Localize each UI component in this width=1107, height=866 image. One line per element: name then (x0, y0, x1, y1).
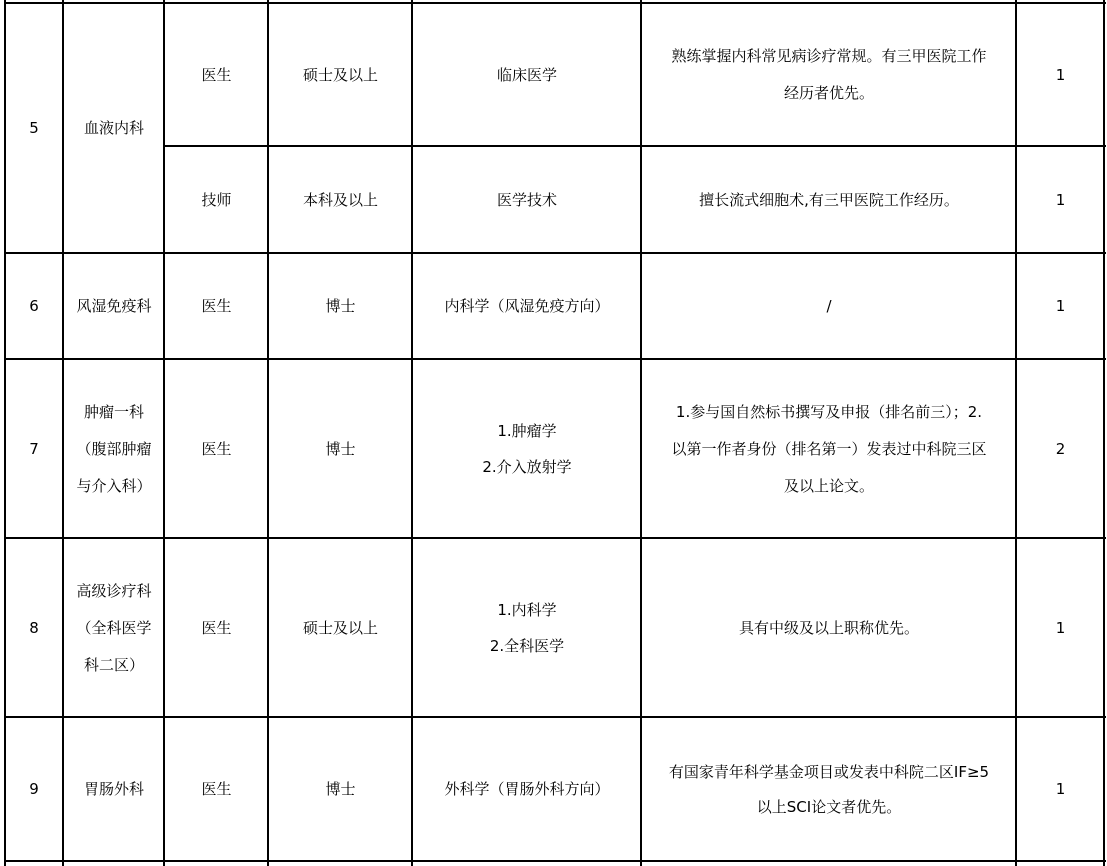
row-number: 8 (5, 539, 63, 717)
major: 医学技术 (413, 147, 641, 253)
education: 博士 (269, 254, 412, 359)
education: 博士 (269, 360, 412, 538)
major: 内科学（风湿免疫方向） (413, 254, 641, 359)
department: 血液内科 (64, 4, 164, 253)
post: 医生 (165, 4, 268, 146)
education: 硕士及以上 (269, 539, 412, 717)
major: 1.内科学2.全科医学 (413, 539, 641, 717)
requirements: 擅长流式细胞术,有三甲医院工作经历。 (642, 147, 1016, 253)
row-number: 7 (5, 360, 63, 538)
headcount: 1 (1017, 718, 1104, 861)
headcount: 1 (1017, 4, 1104, 146)
post: 医生 (165, 539, 268, 717)
row-number: 9 (5, 718, 63, 861)
department: 胃肠外科 (64, 718, 164, 861)
post: 医生 (165, 360, 268, 538)
row-number: 6 (5, 254, 63, 359)
education: 硕士及以上 (269, 4, 412, 146)
major: 1.肿瘤学2.介入放射学 (413, 360, 641, 538)
post: 技师 (165, 147, 268, 253)
major: 临床医学 (413, 4, 641, 146)
department: 风湿免疫科 (64, 254, 164, 359)
education: 本科及以上 (269, 147, 412, 253)
headcount: 2 (1017, 360, 1104, 538)
post: 医生 (165, 254, 268, 359)
headcount: 1 (1017, 539, 1104, 717)
headcount: 1 (1017, 254, 1104, 359)
requirements: 有国家青年科学基金项目或发表中科院二区IF≥5以上SCI论文者优先。 (642, 718, 1016, 861)
requirements: / (642, 254, 1016, 359)
department: 高级诊疗科（全科医学科二区） (64, 539, 164, 717)
education: 博士 (269, 718, 412, 861)
row-number: 5 (5, 4, 63, 253)
requirements: 1.参与国自然标书撰写及申报（排名前三）；2.以第一作者身份（排名第一）发表过中… (642, 360, 1016, 538)
post: 医生 (165, 718, 268, 861)
department: 肿瘤一科（腹部肿瘤与介入科） (64, 360, 164, 538)
requirements: 熟练掌握内科常见病诊疗常规。有三甲医院工作经历者优先。 (642, 4, 1016, 146)
headcount: 1 (1017, 147, 1104, 253)
requirements: 具有中级及以上职称优先。 (642, 539, 1016, 717)
major: 外科学（胃肠外科方向） (413, 718, 641, 861)
